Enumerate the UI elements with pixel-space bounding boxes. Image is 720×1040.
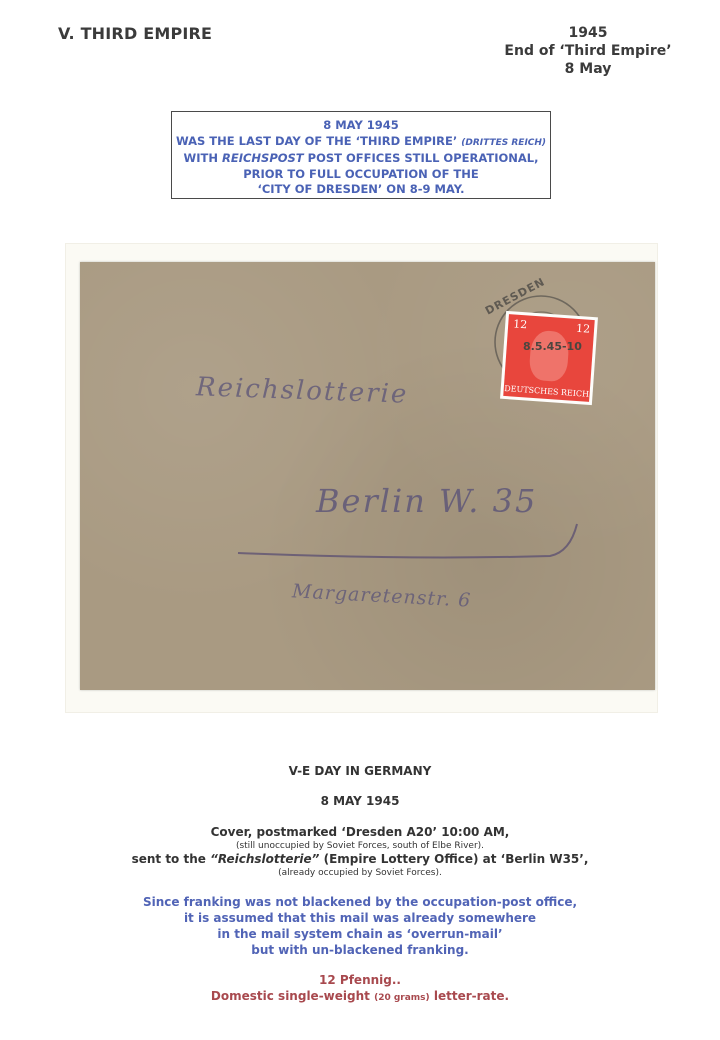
intro-line-2: WAS THE LAST DAY OF THE ‘THIRD EMPIRE’ (… — [172, 134, 550, 152]
intro-line-3-italic: REICHSPOST — [222, 151, 304, 165]
cover-note: (still unoccupied by Soviet Forces, sout… — [0, 840, 720, 852]
stamp-face: 12 12 DEUTSCHES REICH — [503, 314, 595, 402]
year: 1945 — [488, 24, 688, 42]
caption-rate: 12 Pfennig.. Domestic single-weight (20 … — [0, 972, 720, 1006]
intro-line-1: 8 MAY 1945 — [172, 118, 550, 134]
date-block: 1945 End of ‘Third Empire’ 8 May — [488, 24, 688, 78]
intro-line-4: PRIOR TO FULL OCCUPATION OF THE — [172, 167, 550, 183]
section-title: V. THIRD EMPIRE — [58, 24, 212, 43]
intro-line-2-note: (DRITTES REICH) — [461, 138, 546, 148]
rate-prefix: Domestic single-weight — [211, 989, 370, 1003]
intro-line-3-rest: POST OFFICES STILL OPERATIONAL, — [308, 151, 539, 165]
franking-line: but with un-blackened franking. — [0, 942, 720, 958]
rate-suffix: letter-rate. — [434, 989, 509, 1003]
caption-date: 8 MAY 1945 — [0, 794, 720, 808]
sent-prefix: sent to the — [132, 852, 206, 866]
address-line-2: Berlin W. 35 — [316, 482, 537, 520]
caption-cover-description: Cover, postmarked ‘Dresden A20’ 10:00 AM… — [0, 825, 720, 879]
intro-line-2-main: WAS THE LAST DAY OF THE ‘THIRD EMPIRE’ — [176, 134, 457, 148]
rate-note: (20 grams) — [374, 993, 430, 1003]
sent-line: sent to the “Reichslotterie” (Empire Lot… — [0, 852, 720, 867]
postmark-date: 8.5.45-10 — [523, 340, 582, 353]
intro-line-3: WITH REICHSPOST POST OFFICES STILL OPERA… — [172, 151, 550, 167]
rate-value: 12 Pfennig.. — [0, 972, 720, 988]
sent-note: (already occupied by Soviet Forces). — [0, 867, 720, 879]
stamp-value-left: 12 — [513, 317, 528, 331]
event-title: End of ‘Third Empire’ — [488, 42, 688, 60]
franking-line: in the mail system chain as ‘overrun-mai… — [0, 926, 720, 942]
event-day: 8 May — [488, 60, 688, 78]
intro-box: 8 MAY 1945 WAS THE LAST DAY OF THE ‘THIR… — [171, 111, 551, 199]
postage-stamp: 12 12 DEUTSCHES REICH — [500, 311, 598, 405]
portrait-icon — [528, 330, 569, 383]
rate-line: Domestic single-weight (20 grams) letter… — [0, 988, 720, 1006]
caption-franking: Since franking was not blackened by the … — [0, 894, 720, 958]
franking-line: it is assumed that this mail was already… — [0, 910, 720, 926]
stamp-country: DEUTSCHES REICH — [503, 384, 589, 399]
cover-line: Cover, postmarked ‘Dresden A20’ 10:00 AM… — [0, 825, 720, 840]
stamp-value-right: 12 — [576, 322, 591, 336]
intro-line-3-prefix: WITH — [184, 151, 218, 165]
caption-heading: V-E DAY IN GERMANY — [0, 764, 720, 778]
intro-line-5: ‘CITY OF DRESDEN’ ON 8-9 MAY. — [172, 182, 550, 198]
sent-italic: “Reichslotterie” — [210, 852, 319, 866]
franking-line: Since franking was not blackened by the … — [0, 894, 720, 910]
sent-rest: (Empire Lottery Office) at ‘Berlin W35’, — [324, 852, 589, 866]
